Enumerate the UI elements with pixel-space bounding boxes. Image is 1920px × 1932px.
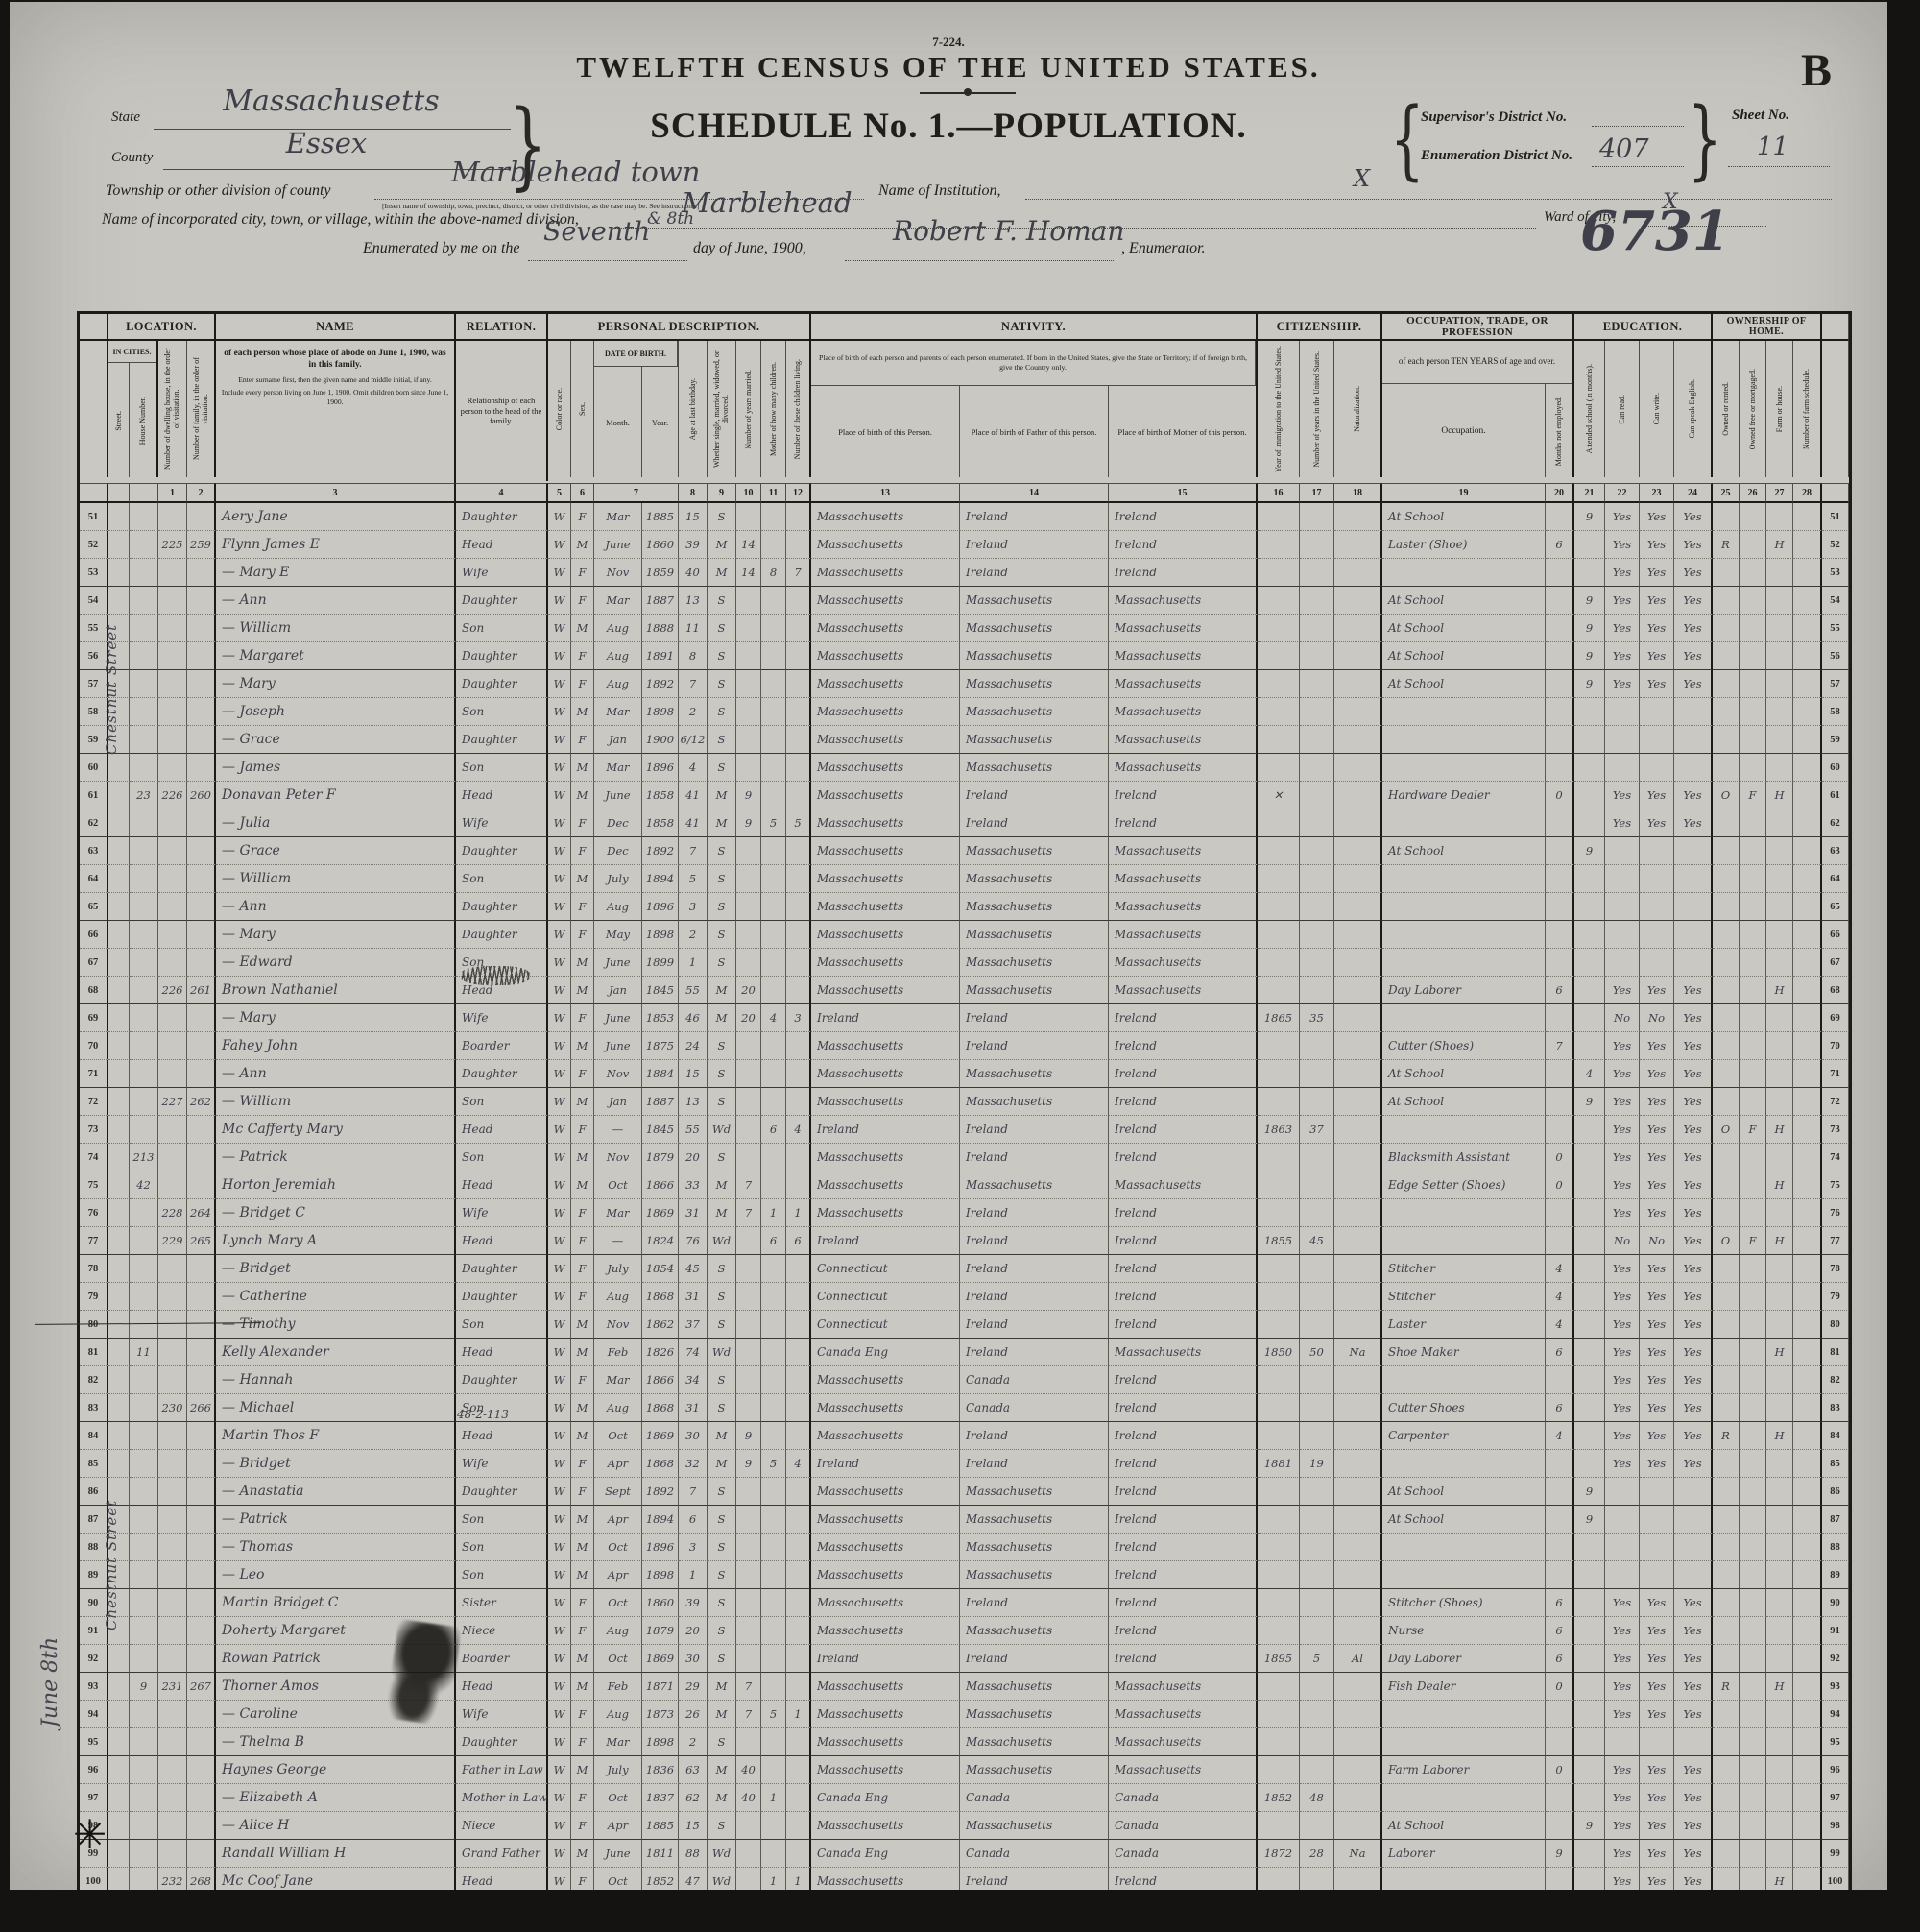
cell-month: Nov [594, 1144, 642, 1171]
cell-year: 1892 [642, 837, 679, 865]
desc-farm-schedule: Number of farm schedule. [1793, 341, 1822, 477]
desc-age: Age at last birthday. [679, 341, 708, 477]
cell-dw [158, 1422, 187, 1450]
cell-rel: Son [456, 1088, 548, 1116]
cell-fh: H [1766, 1339, 1793, 1366]
cell-age: 15 [679, 1060, 708, 1088]
cell-yrs: 45 [1300, 1227, 1334, 1255]
column-number: 2 [187, 483, 216, 503]
desc-immigration: Year of immigration to the United States… [1258, 341, 1300, 477]
cell-house [130, 698, 158, 726]
cell-fs [1793, 1060, 1822, 1088]
cell-color: W [548, 865, 571, 893]
cell-cl [786, 698, 811, 726]
cell-mc [761, 642, 786, 670]
column-header-location: LOCATION. [108, 314, 216, 341]
scan-edge-left [0, 0, 10, 1932]
cell-fam [187, 670, 216, 698]
township-label: Township or other division of county [106, 182, 331, 200]
row-number-right: 84 [1822, 1422, 1849, 1450]
cell-month: July [594, 1255, 642, 1283]
cell-own [1713, 1589, 1740, 1617]
cell-pob: Massachusetts [811, 1366, 960, 1394]
cell-ym [736, 865, 761, 893]
cell-nat [1334, 1784, 1382, 1812]
cell-house [130, 1728, 158, 1756]
cell-age: 7 [679, 837, 708, 865]
cell-en: Yes [1674, 1673, 1713, 1701]
cell-nat [1334, 1283, 1382, 1311]
cell-pm: Massachusetts [1109, 837, 1258, 865]
cell-sch [1574, 1645, 1605, 1673]
cell-wr [1640, 1728, 1674, 1756]
column-number: 22 [1605, 483, 1640, 503]
page-title: TWELFTH CENSUS OF THE UNITED STATES. [10, 50, 1887, 85]
cell-imm [1258, 642, 1300, 670]
cell-fam [187, 1784, 216, 1812]
cell-mne [1546, 1227, 1574, 1255]
cell-wr: Yes [1640, 1339, 1674, 1366]
cell-nat [1334, 1450, 1382, 1478]
cell-pob: Massachusetts [811, 893, 960, 921]
city-label: Name of incorporated city, town, or vill… [102, 211, 579, 229]
cell-dw [158, 949, 187, 977]
cell-own [1713, 1701, 1740, 1728]
cell-pob: Massachusetts [811, 698, 960, 726]
cell-house [130, 893, 158, 921]
cell-pm: Ireland [1109, 1589, 1258, 1617]
cell-cl [786, 1088, 811, 1116]
cell-fs [1793, 754, 1822, 782]
cell-pf: Canada [960, 1840, 1109, 1868]
cell-dw: 228 [158, 1199, 187, 1227]
occupation-column-label: Occupation. [1382, 384, 1546, 477]
cell-mc [761, 1812, 786, 1840]
cell-nat [1334, 1032, 1382, 1060]
cell-mar: Wd [708, 1339, 736, 1366]
cell-month: Oct [594, 1784, 642, 1812]
cell-own [1713, 670, 1740, 698]
cell-occ: At School [1382, 670, 1546, 698]
cell-house [130, 1756, 158, 1784]
cell-nat [1334, 503, 1382, 531]
cell-pob: Massachusetts [811, 1728, 960, 1756]
cell-sex: F [571, 1199, 594, 1227]
cell-pob: Massachusetts [811, 1506, 960, 1534]
state-label: State [111, 109, 140, 126]
cell-mar: S [708, 1032, 736, 1060]
cell-rel: Wife [456, 1450, 548, 1478]
cell-year: 1879 [642, 1144, 679, 1171]
row-number-right: 97 [1822, 1784, 1849, 1812]
cell-ym: 9 [736, 1422, 761, 1450]
cell-wr: Yes [1640, 1812, 1674, 1840]
cell-pf: Ireland [960, 1645, 1109, 1673]
cell-month: Aug [594, 642, 642, 670]
cell-fam [187, 1144, 216, 1171]
cell-rel: Head [456, 531, 548, 559]
cell-year: 1891 [642, 642, 679, 670]
cell-ofm [1740, 1478, 1766, 1506]
cell-rd: Yes [1605, 1450, 1640, 1478]
cell-month: June [594, 949, 642, 977]
desc-children-living: Number of these children living. [786, 341, 811, 477]
scribble-mark [461, 966, 530, 985]
cell-nat: Na [1334, 1840, 1382, 1868]
cell-fs [1793, 1032, 1822, 1060]
cell-own [1713, 1283, 1740, 1311]
cell-year: 1892 [642, 670, 679, 698]
cell-street [108, 1311, 130, 1339]
cell-rel: Niece [456, 1617, 548, 1645]
cell-name: — William [216, 865, 456, 893]
cell-dw: 231 [158, 1673, 187, 1701]
cell-fh [1766, 1199, 1793, 1227]
cell-en: Yes [1674, 1311, 1713, 1339]
cell-cl [786, 1728, 811, 1756]
cell-year: 1879 [642, 1617, 679, 1645]
cell-en: Yes [1674, 1422, 1713, 1450]
cell-mar: S [708, 1534, 736, 1561]
cell-rel: Wife [456, 1199, 548, 1227]
row-number-left: 72 [80, 1088, 108, 1116]
cell-pob: Massachusetts [811, 949, 960, 977]
cell-color: W [548, 1701, 571, 1728]
cell-pob: Connecticut [811, 1283, 960, 1311]
cell-yrs [1300, 893, 1334, 921]
cell-sch [1574, 865, 1605, 893]
cell-en [1674, 893, 1713, 921]
cell-dw [158, 837, 187, 865]
cell-nat [1334, 1199, 1382, 1227]
cell-rd [1605, 1478, 1640, 1506]
cell-wr: Yes [1640, 1032, 1674, 1060]
cell-pf: Canada [960, 1394, 1109, 1422]
cell-pm: Massachusetts [1109, 587, 1258, 615]
cell-age: 41 [679, 809, 708, 837]
township-value: Marblehead town [451, 156, 700, 188]
cell-mc [761, 1617, 786, 1645]
cell-imm [1258, 977, 1300, 1004]
cell-fh [1766, 1728, 1793, 1756]
cell-fam: 264 [187, 1199, 216, 1227]
cell-pob: Massachusetts [811, 726, 960, 754]
cell-name: Martin Thos F [216, 1422, 456, 1450]
cell-month: Apr [594, 1450, 642, 1478]
cell-street [108, 921, 130, 949]
cell-en [1674, 754, 1713, 782]
cell-mne: 6 [1546, 1589, 1574, 1617]
cell-fs [1793, 1199, 1822, 1227]
cell-year: 1887 [642, 587, 679, 615]
cell-age: 55 [679, 977, 708, 1004]
cell-sch [1574, 559, 1605, 587]
cell-house [130, 1199, 158, 1227]
cell-month: Aug [594, 1283, 642, 1311]
cell-en: Yes [1674, 1227, 1713, 1255]
cell-imm [1258, 1589, 1300, 1617]
desc-owned-rented: Owned or rented. [1713, 341, 1740, 477]
cell-name: — Anastatia [216, 1478, 456, 1506]
cell-year: 1845 [642, 977, 679, 1004]
cell-sch [1574, 1394, 1605, 1422]
cell-yrs [1300, 1478, 1334, 1506]
cell-sch [1574, 1339, 1605, 1366]
cell-ym: 14 [736, 531, 761, 559]
cell-month: Mar [594, 1199, 642, 1227]
cell-dw: 227 [158, 1088, 187, 1116]
cell-fs [1793, 1171, 1822, 1199]
cell-fam [187, 1812, 216, 1840]
cell-ym [736, 1255, 761, 1283]
cell-month: Nov [594, 559, 642, 587]
cell-ym [736, 837, 761, 865]
cell-fam [187, 1171, 216, 1199]
cell-nat [1334, 1617, 1382, 1645]
cell-yrs: 5 [1300, 1645, 1334, 1673]
nativity-note: Place of birth of each person and parent… [811, 341, 1256, 385]
cell-house [130, 615, 158, 642]
cell-sch [1574, 1728, 1605, 1756]
cell-own [1713, 837, 1740, 865]
cell-pf: Ireland [960, 1116, 1109, 1144]
enumerated-day-note: & 8th [647, 209, 694, 229]
cell-sch [1574, 1311, 1605, 1339]
cell-month: June [594, 1840, 642, 1868]
sex-column-label: Sex. [578, 402, 587, 416]
cell-ym: 40 [736, 1784, 761, 1812]
cell-color: W [548, 1506, 571, 1534]
cell-rd [1605, 754, 1640, 782]
cell-month: Oct [594, 1645, 642, 1673]
cell-color: W [548, 1812, 571, 1840]
cell-cl [786, 1339, 811, 1366]
cell-year: 1866 [642, 1366, 679, 1394]
cell-color: W [548, 1171, 571, 1199]
cell-rel: Sister [456, 1589, 548, 1617]
cell-nat [1334, 1088, 1382, 1116]
column-number: 14 [960, 483, 1109, 503]
cell-sch [1574, 754, 1605, 782]
cell-fh [1766, 1450, 1793, 1478]
cell-month: Jan [594, 726, 642, 754]
cell-month: Mar [594, 754, 642, 782]
row-number-left: 77 [80, 1227, 108, 1255]
cell-yrs [1300, 1032, 1334, 1060]
cell-pf: Massachusetts [960, 977, 1109, 1004]
row-number-left: 81 [80, 1339, 108, 1366]
pob-mother-label: Place of birth of Mother of this person. [1109, 386, 1256, 477]
cell-sex: F [571, 1617, 594, 1645]
cell-fam [187, 1032, 216, 1060]
cell-year: 1884 [642, 1060, 679, 1088]
cell-year: 1899 [642, 949, 679, 977]
cell-house [130, 1227, 158, 1255]
cell-yrs: 48 [1300, 1784, 1334, 1812]
cell-ofm [1740, 642, 1766, 670]
cell-own [1713, 1394, 1740, 1422]
cell-name: — Ann [216, 587, 456, 615]
cell-sch [1574, 1756, 1605, 1784]
cell-own [1713, 1144, 1740, 1171]
cell-en: Yes [1674, 1812, 1713, 1840]
cell-pf: Massachusetts [960, 1756, 1109, 1784]
cell-dw [158, 587, 187, 615]
cell-cl [786, 1032, 811, 1060]
cell-fs [1793, 1478, 1822, 1506]
cell-mc: 1 [761, 1199, 786, 1227]
cell-year: 1853 [642, 1004, 679, 1032]
cell-month: Aug [594, 1701, 642, 1728]
cell-pob: Massachusetts [811, 559, 960, 587]
cell-mc [761, 1478, 786, 1506]
cell-age: 33 [679, 1171, 708, 1199]
cell-color: W [548, 1227, 571, 1255]
cell-wr [1640, 837, 1674, 865]
cell-fh [1766, 1840, 1793, 1868]
cell-cl [786, 1812, 811, 1840]
cell-sch [1574, 1366, 1605, 1394]
cell-cl [786, 1394, 811, 1422]
cell-street [108, 1088, 130, 1116]
cell-nat [1334, 1812, 1382, 1840]
cell-ym: 7 [736, 1171, 761, 1199]
cell-cl [786, 1506, 811, 1534]
cell-occ [1382, 893, 1546, 921]
cell-own [1713, 1534, 1740, 1561]
cell-street [108, 1199, 130, 1227]
cell-mne [1546, 615, 1574, 642]
cell-mc [761, 531, 786, 559]
cell-fh [1766, 670, 1793, 698]
cell-mne: 6 [1546, 1645, 1574, 1673]
cell-fam [187, 1756, 216, 1784]
cell-sch: 9 [1574, 642, 1605, 670]
cell-name: — William [216, 1088, 456, 1116]
cell-month: — [594, 1227, 642, 1255]
cell-year: 1896 [642, 1534, 679, 1561]
cell-occ [1382, 1450, 1546, 1478]
cell-fs [1793, 1701, 1822, 1728]
cell-occ [1382, 1534, 1546, 1561]
cell-dw [158, 1812, 187, 1840]
cell-fh [1766, 559, 1793, 587]
cell-pob: Massachusetts [811, 1394, 960, 1422]
cell-fs [1793, 1227, 1822, 1255]
cell-house [130, 726, 158, 754]
cell-own [1713, 1366, 1740, 1394]
cell-occ: Day Laborer [1382, 1645, 1546, 1673]
cell-nat [1334, 1561, 1382, 1589]
cell-rel: Wife [456, 1004, 548, 1032]
cell-occ [1382, 809, 1546, 837]
cell-age: 4 [679, 754, 708, 782]
cell-year: 1860 [642, 1589, 679, 1617]
cell-mar: S [708, 1645, 736, 1673]
cell-mar: M [708, 559, 736, 587]
cell-fh [1766, 1701, 1793, 1728]
cell-color: W [548, 1589, 571, 1617]
cell-mar: S [708, 726, 736, 754]
cell-ym: 20 [736, 977, 761, 1004]
cell-imm [1258, 559, 1300, 587]
cell-color: W [548, 726, 571, 754]
cell-year: 1868 [642, 1394, 679, 1422]
cell-fam [187, 1004, 216, 1032]
cell-pf: Ireland [960, 1144, 1109, 1171]
cell-en: Yes [1674, 587, 1713, 615]
cell-own [1713, 754, 1740, 782]
cell-rd [1605, 698, 1640, 726]
cell-fam [187, 615, 216, 642]
cell-mne: 6 [1546, 531, 1574, 559]
cell-house: 42 [130, 1171, 158, 1199]
cell-yrs [1300, 1422, 1334, 1450]
cell-name: — Thomas [216, 1534, 456, 1561]
cell-fh [1766, 754, 1793, 782]
cell-sex: F [571, 837, 594, 865]
cell-own [1713, 1561, 1740, 1589]
cell-fh [1766, 1088, 1793, 1116]
cell-age: 8 [679, 642, 708, 670]
cell-mar: Wd [708, 1116, 736, 1144]
cell-rel: Head [456, 1116, 548, 1144]
cell-sex: M [571, 698, 594, 726]
cell-month: Aug [594, 615, 642, 642]
cell-name: Flynn James E [216, 531, 456, 559]
cell-own [1713, 1199, 1740, 1227]
cell-cl [786, 865, 811, 893]
cell-month: Sept [594, 1478, 642, 1506]
immigration-column-label: Year of immigration to the United States… [1274, 346, 1283, 472]
cell-nat [1334, 1311, 1382, 1339]
cell-name: — Bridget [216, 1450, 456, 1478]
cell-pf: Massachusetts [960, 1561, 1109, 1589]
cell-pob: Connecticut [811, 1255, 960, 1283]
row-number-right: 94 [1822, 1701, 1849, 1728]
cell-mar: S [708, 615, 736, 642]
cell-dw [158, 615, 187, 642]
cell-mc [761, 1422, 786, 1450]
cell-pob: Massachusetts [811, 1701, 960, 1728]
cell-fs [1793, 1728, 1822, 1756]
cell-own: O [1713, 1227, 1740, 1255]
row-number-right: 55 [1822, 615, 1849, 642]
cell-rel: Niece [456, 1812, 548, 1840]
cell-ofm [1740, 1422, 1766, 1450]
cell-ofm [1740, 949, 1766, 977]
cell-occ [1382, 921, 1546, 949]
cell-cl [786, 1311, 811, 1339]
cell-dw [158, 1506, 187, 1534]
row-number-right: 59 [1822, 726, 1849, 754]
cell-cl [786, 1144, 811, 1171]
cell-fam [187, 1422, 216, 1450]
cell-fh [1766, 1144, 1793, 1171]
cell-fam [187, 1506, 216, 1534]
cell-fh [1766, 726, 1793, 754]
column-number: 3 [216, 483, 456, 503]
cell-sex: M [571, 1088, 594, 1116]
cell-pob: Massachusetts [811, 921, 960, 949]
cell-month: Mar [594, 503, 642, 531]
cell-dw [158, 754, 187, 782]
cell-mc [761, 1366, 786, 1394]
cell-pm: Massachusetts [1109, 615, 1258, 642]
cell-pf: Massachusetts [960, 587, 1109, 615]
cell-year: 1826 [642, 1339, 679, 1366]
cell-wr [1640, 893, 1674, 921]
